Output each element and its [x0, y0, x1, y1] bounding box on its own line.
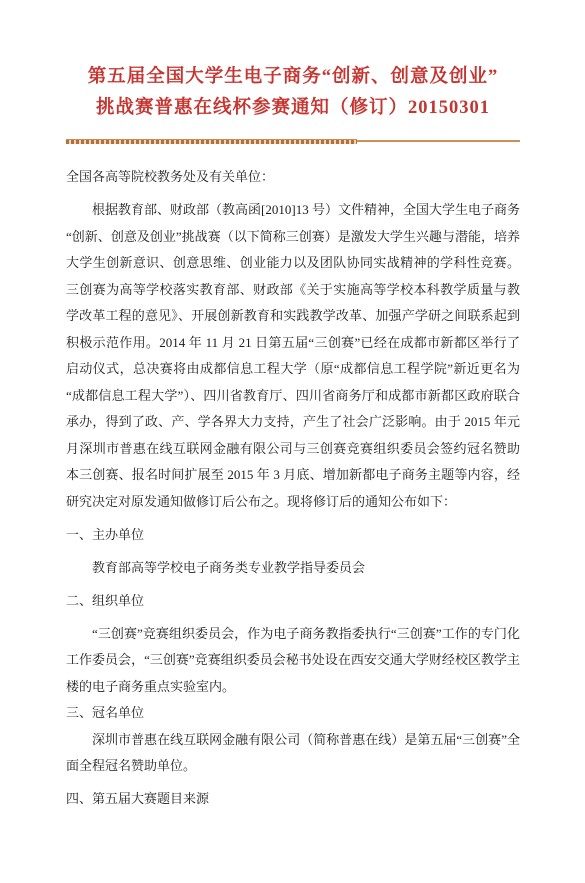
- title-divider: [66, 138, 520, 144]
- section-heading-4: 四、第五届大赛题目来源: [66, 786, 520, 813]
- section-heading-2: 二、组织单位: [66, 588, 520, 615]
- document-body: 全国各高等院校教务处及有关单位： 根据教育部、财政部（教高函[2010]13 号…: [66, 164, 520, 813]
- title-divider-thin-segment: [357, 140, 520, 142]
- title-divider-dashed-segment: [66, 139, 357, 144]
- document-page: 第五届全国大学生电子商务“创新、创意及创业” 挑战赛普惠在线杯参赛通知（修订）2…: [0, 0, 585, 883]
- intro-paragraph: 根据教育部、财政部（教高函[2010]13 号）文件精神，全国大学生电子商务“创…: [66, 197, 520, 515]
- document-title-line1: 第五届全国大学生电子商务“创新、创意及创业”: [66, 62, 520, 93]
- document-title-line2: 挑战赛普惠在线杯参赛通知（修订）20150301: [66, 93, 520, 124]
- section-content-1: 教育部高等学校电子商务类专业教学指导委员会: [66, 555, 520, 582]
- document-title: 第五届全国大学生电子商务“创新、创意及创业” 挑战赛普惠在线杯参赛通知（修订）2…: [66, 62, 520, 124]
- section-heading-3: 三、冠名单位: [66, 700, 520, 727]
- salutation-line: 全国各高等院校教务处及有关单位：: [66, 164, 520, 191]
- section-content-2: “三创赛”竞赛组织委员会，作为电子商务教指委执行“三创赛”工作的专门化工作委员会…: [66, 621, 520, 701]
- section-heading-1: 一、主办单位: [66, 522, 520, 549]
- section-content-3: 深圳市普惠在线互联网金融有限公司（简称普惠在线）是第五届“三创赛”全面全程冠名赞…: [66, 727, 520, 780]
